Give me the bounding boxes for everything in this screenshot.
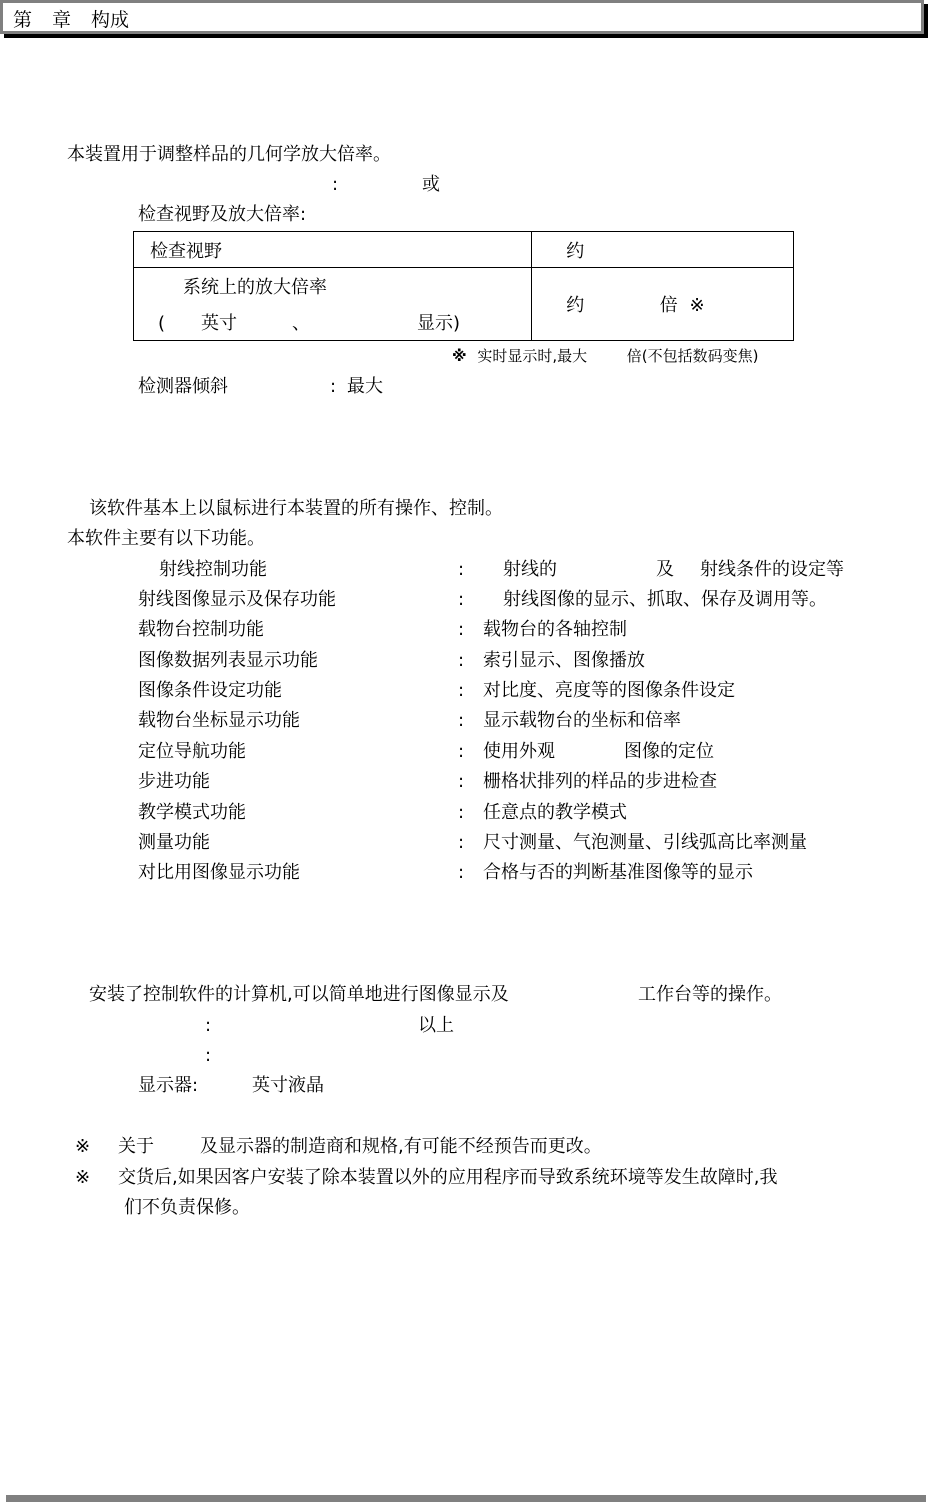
- software-intro: 该软件基本上以鼠标进行本装置的所有操作、控制。: [89, 498, 503, 520]
- chapter-header: 第章构成: [0, 0, 924, 34]
- function-desc: 射线条件的设定等: [700, 559, 844, 581]
- table-row: 检查视野 约: [134, 232, 794, 268]
- function-desc: 载物台的各轴控制: [483, 619, 627, 641]
- function-name: 载物台坐标显示功能: [138, 710, 300, 732]
- function-name: 步进功能: [138, 771, 210, 793]
- function-desc: 射线图像的显示、抓取、保存及调用等。: [503, 589, 827, 611]
- paren-open: (: [158, 313, 165, 335]
- field-of-view-value: 约: [532, 232, 794, 268]
- display-label: 显示): [417, 313, 460, 335]
- footer-bar: [6, 1495, 926, 1502]
- pc-spec2-colon: :: [205, 1045, 211, 1067]
- function-colon: :: [458, 862, 464, 884]
- note-mark: ※: [452, 347, 467, 365]
- magnification-prefix: 约: [566, 295, 584, 316]
- note-mark: ※: [75, 1167, 90, 1189]
- function-desc: 使用外观: [483, 741, 555, 763]
- pc-intro-tail: 工作台等的操作。: [638, 984, 782, 1006]
- detector-tilt-value: 最大: [347, 376, 383, 398]
- function-desc: 合格与否的判断基准图像等的显示: [483, 862, 753, 884]
- function-name: 对比用图像显示功能: [138, 862, 300, 884]
- function-colon: :: [458, 650, 464, 672]
- table-note: ※ 实时显示时,最大 倍(不包括数码变焦): [452, 346, 758, 366]
- function-colon: :: [458, 589, 464, 611]
- field-heading: 检查视野及放大倍率:: [138, 204, 306, 226]
- function-name: 定位导航功能: [138, 741, 246, 763]
- function-desc: 显示载物台的坐标和倍率: [483, 710, 681, 732]
- function-desc: 索引显示、图像播放: [483, 650, 645, 672]
- function-colon: :: [458, 802, 464, 824]
- detector-tilt-colon: :: [330, 376, 336, 398]
- function-name: 射线控制功能: [159, 559, 267, 581]
- software-functions-intro: 本软件主要有以下功能。: [67, 528, 265, 550]
- field-of-view-label: 检查视野: [134, 232, 532, 268]
- note-text: 关于: [118, 1136, 154, 1158]
- function-colon: :: [458, 559, 464, 581]
- function-desc: 及: [656, 559, 674, 581]
- magnification-unit: 倍: [660, 295, 678, 316]
- function-name: 图像数据列表显示功能: [138, 650, 318, 672]
- note-text2: 倍(不包括数码变焦): [627, 347, 759, 365]
- function-desc: 对比度、亮度等的图像条件设定: [483, 680, 735, 702]
- spec-table: 检查视野 约 系统上的放大倍率 ( 英寸 、 显示) 约 倍 ※: [133, 231, 794, 341]
- monitor-label: 显示器:: [138, 1075, 198, 1097]
- function-colon: :: [458, 832, 464, 854]
- section1-colon: :: [332, 174, 338, 196]
- function-desc: 尺寸测量、气泡测量、引线弧高比率测量: [483, 832, 807, 854]
- note-mark: ※: [75, 1136, 90, 1158]
- function-name: 教学模式功能: [138, 802, 246, 824]
- pc-spec1-value: 以上: [418, 1015, 454, 1037]
- chapter-prefix: 第: [13, 9, 32, 31]
- chapter-title: 第章构成: [13, 9, 129, 31]
- comma-label: 、: [292, 313, 310, 335]
- chapter-name: 构成: [91, 9, 129, 31]
- note-text: 及显示器的制造商和规格,有可能不经预告而更改。: [200, 1136, 602, 1158]
- function-colon: :: [458, 619, 464, 641]
- function-desc: 图像的定位: [624, 741, 714, 763]
- pc-intro: 安装了控制软件的计算机,可以简单地进行图像显示及: [89, 984, 509, 1006]
- note-text: 交货后,如果因客户安装了除本装置以外的应用程序而导致系统环境等发生故障时,我: [118, 1167, 777, 1189]
- function-colon: :: [458, 710, 464, 732]
- magnification-label: 系统上的放大倍率: [183, 277, 327, 299]
- function-desc: 射线的: [503, 559, 557, 581]
- function-name: 测量功能: [138, 832, 210, 854]
- function-desc: 栅格状排列的样品的步进检查: [483, 771, 717, 793]
- function-colon: :: [458, 680, 464, 702]
- magnification-value-cell: 约 倍 ※: [532, 268, 794, 341]
- detector-tilt-label: 检测器倾斜: [138, 376, 228, 398]
- function-name: 载物台控制功能: [138, 619, 264, 641]
- note-text1: 实时显示时,最大: [477, 347, 587, 365]
- table-row: 系统上的放大倍率 ( 英寸 、 显示) 约 倍 ※: [134, 268, 794, 341]
- chapter-suffix: 章: [52, 9, 71, 31]
- function-colon: :: [458, 771, 464, 793]
- section1-or: 或: [422, 174, 440, 196]
- note-mark: ※: [690, 295, 705, 316]
- note-text-cont: 们不负责保修。: [124, 1197, 250, 1219]
- function-name: 射线图像显示及保存功能: [138, 589, 336, 611]
- function-name: 图像条件设定功能: [138, 680, 282, 702]
- magnification-label-cell: 系统上的放大倍率 ( 英寸 、 显示): [134, 268, 532, 341]
- pc-spec1-colon: :: [205, 1015, 211, 1037]
- section1-intro: 本装置用于调整样品的几何学放大倍率。: [67, 144, 391, 166]
- function-colon: :: [458, 741, 464, 763]
- monitor-value: 英寸液晶: [252, 1075, 324, 1097]
- function-desc: 任意点的教学模式: [483, 802, 627, 824]
- inch-label: 英寸: [201, 313, 237, 335]
